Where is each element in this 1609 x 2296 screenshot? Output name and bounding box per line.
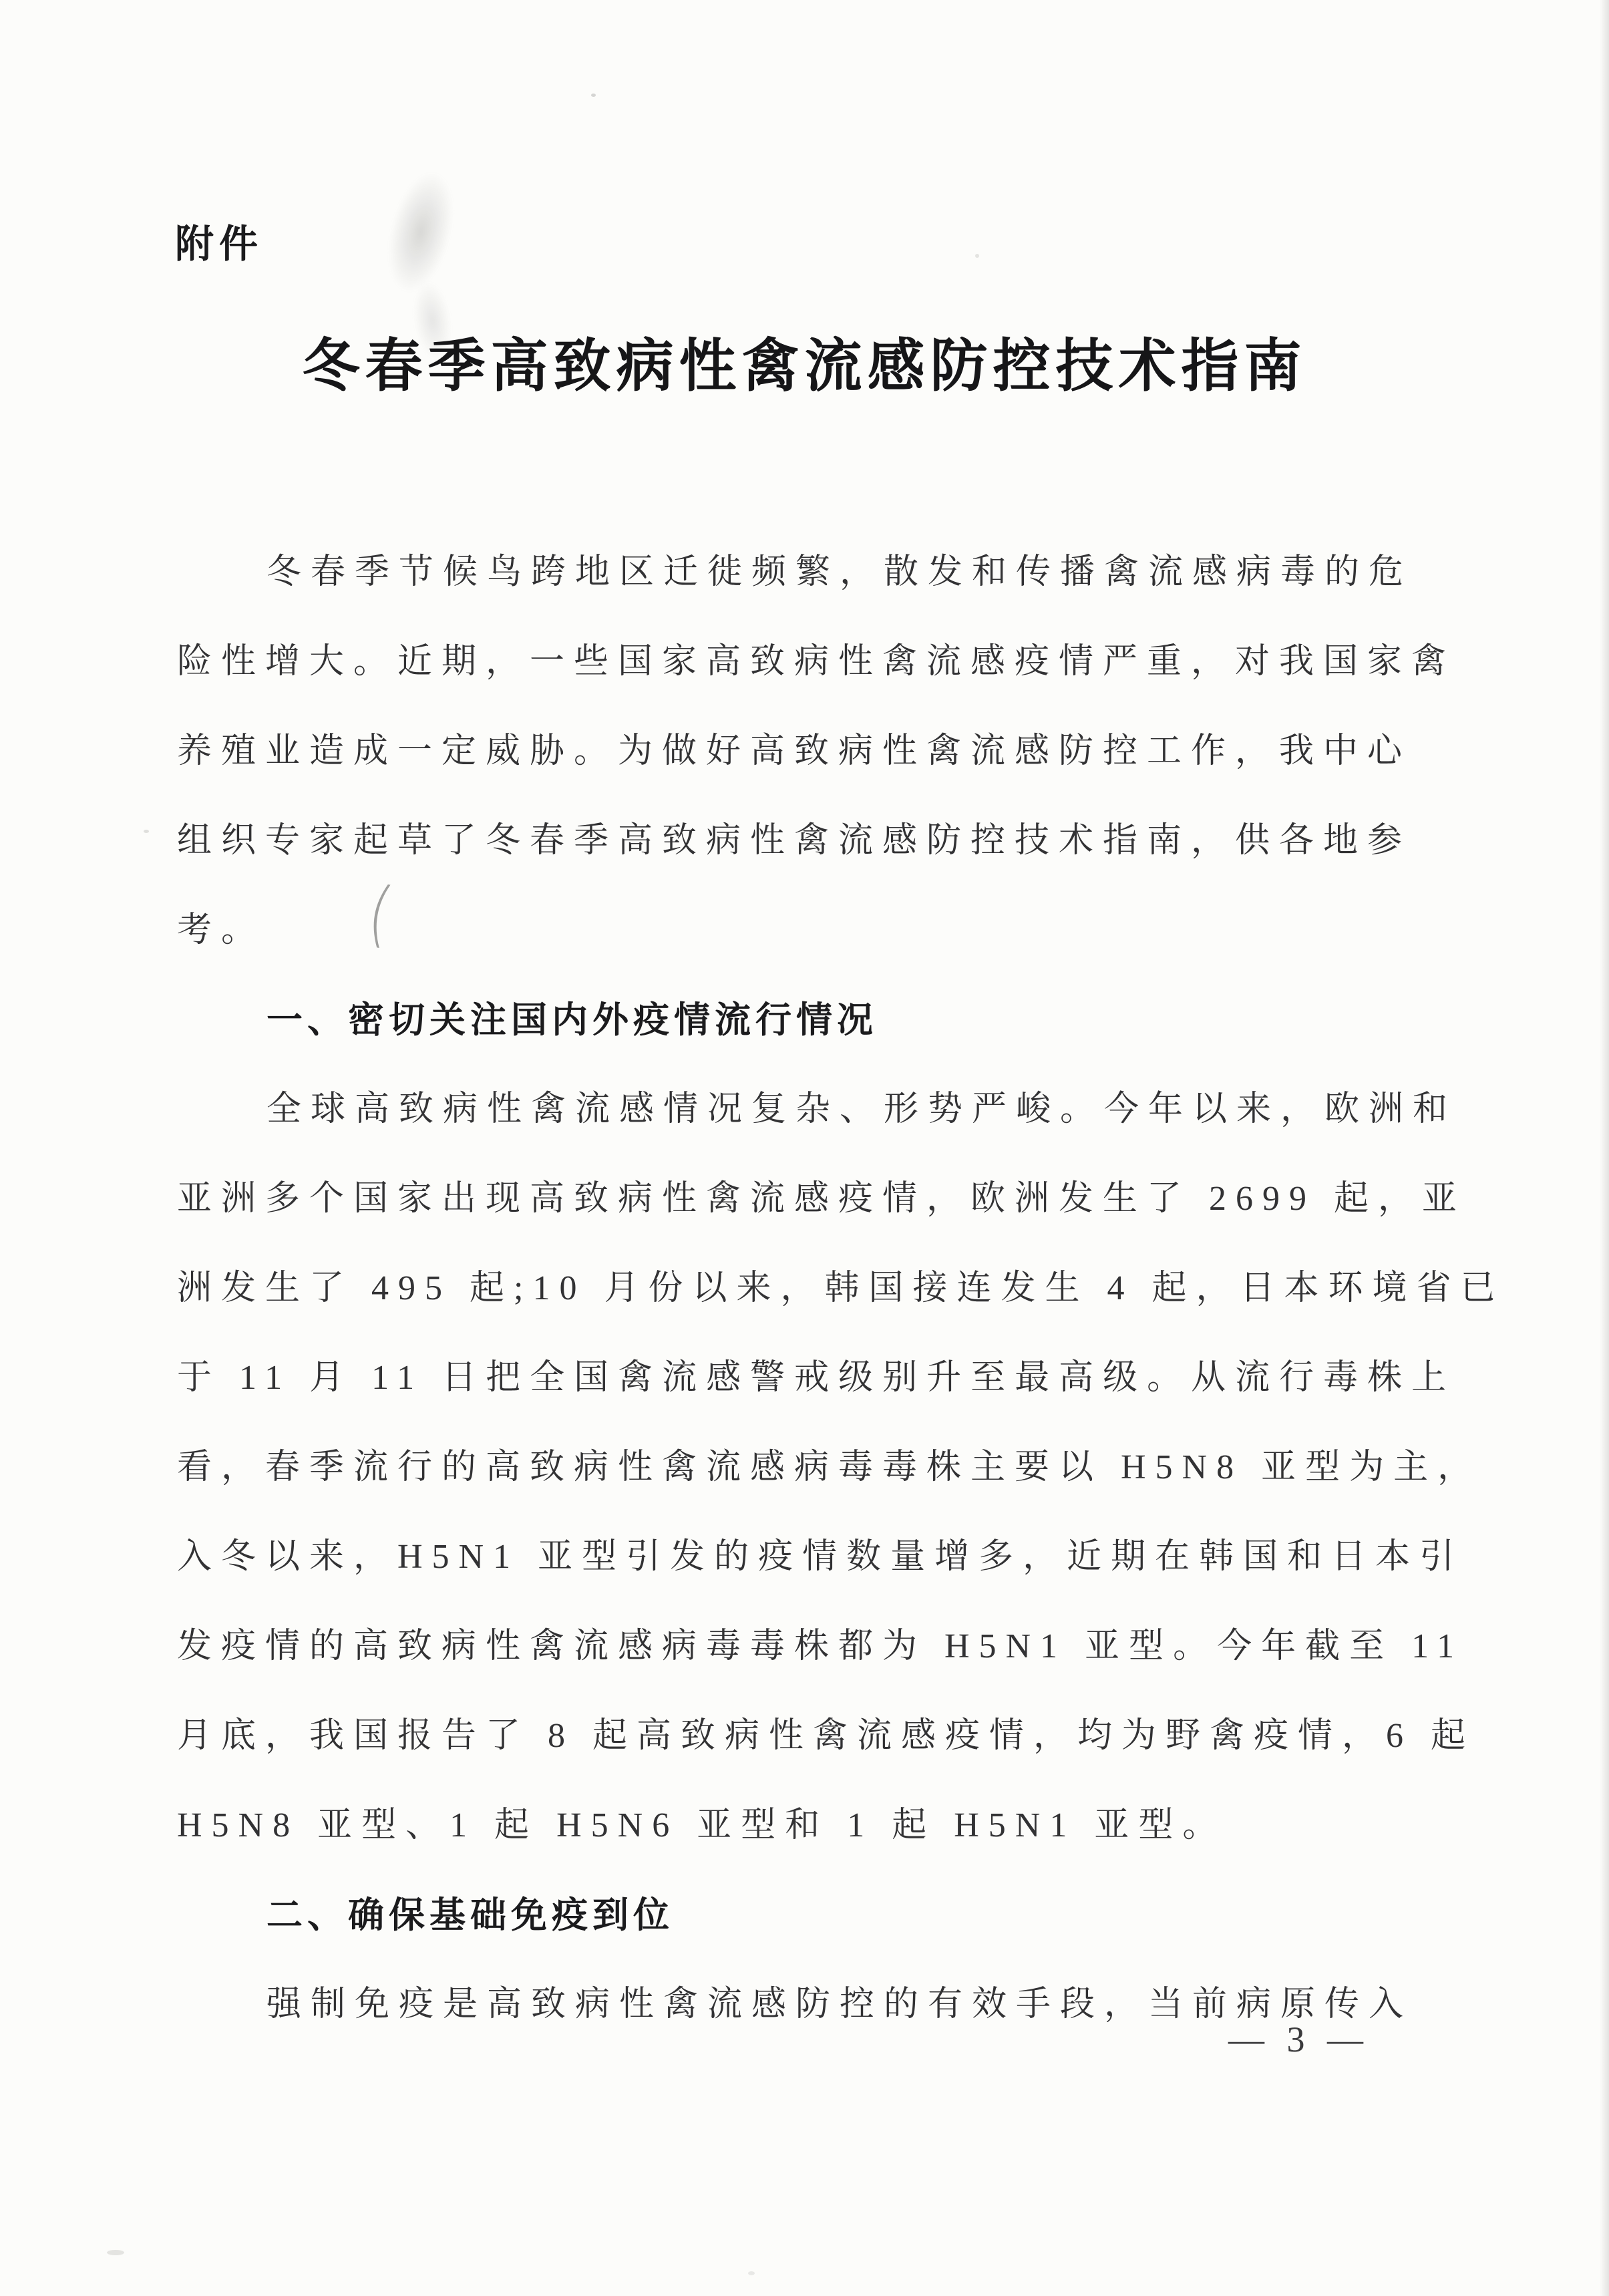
scanned-document-page: 附件 冬春季高致病性禽流感防控技术指南 ( 冬春季节候鸟跨地区迁徙频繁，散发和传… (0, 0, 1609, 2296)
body-line: 发疫情的高致病性禽流感病毒毒株都为 H5N1 亚型。今年截至 11 (177, 1602, 1433, 1691)
body-line: 洲发生了 495 起;10 月份以来，韩国接连发生 4 起，日本环境省已 (177, 1244, 1433, 1333)
section1-heading: 一、密切关注国内外疫情流行情况 (177, 975, 1433, 1065)
scan-speck (975, 254, 979, 258)
scan-speck (748, 2271, 755, 2275)
body-line: 入冬以来，H5N1 亚型引发的疫情数量增多，近期在韩国和日本引 (177, 1512, 1433, 1602)
section2-heading: 二、确保基础免疫到位 (177, 1870, 1433, 1960)
scan-speck (591, 94, 596, 97)
body-line: 组织专家起草了冬春季高致病性禽流感防控技术指南，供各地参 (177, 796, 1433, 886)
scan-smudge (377, 165, 465, 299)
body-line: 险性增大。近期，一些国家高致病性禽流感疫情严重，对我国家禽 (177, 617, 1433, 707)
body-line: 看，春季流行的高致病性禽流感病毒毒株主要以 H5N8 亚型为主， (177, 1423, 1433, 1512)
body-line: 月底，我国报告了 8 起高致病性禽流感疫情，均为野禽疫情，6 起 (177, 1691, 1433, 1781)
body-line: H5N8 亚型、1 起 H5N6 亚型和 1 起 H5N1 亚型。 (177, 1781, 1433, 1870)
body-line: 于 11 月 11 日把全国禽流感警戒级别升至最高级。从流行毒株上 (177, 1333, 1433, 1423)
attachment-label: 附件 (175, 212, 263, 269)
scan-speck (107, 2250, 124, 2255)
body-line: 养殖业造成一定威胁。为做好高致病性禽流感防控工作，我中心 (177, 707, 1433, 796)
page-number: — 3 — (1228, 2019, 1370, 2060)
body-line: 亚洲多个国家出现高致病性禽流感疫情，欧洲发生了 2699 起，亚 (177, 1154, 1433, 1244)
body-line: 全球高致病性禽流感情况复杂、形势严峻。今年以来，欧洲和 (177, 1065, 1433, 1154)
document-body: 冬春季节候鸟跨地区迁徙频繁，散发和传播禽流感病毒的危 险性增大。近期，一些国家高… (177, 528, 1433, 2049)
scan-speck (144, 830, 149, 833)
body-line: 考。 (177, 886, 1433, 975)
document-title: 冬春季高致病性禽流感防控技术指南 (0, 319, 1609, 402)
body-line: 冬春季节候鸟跨地区迁徙频繁，散发和传播禽流感病毒的危 (177, 528, 1433, 617)
